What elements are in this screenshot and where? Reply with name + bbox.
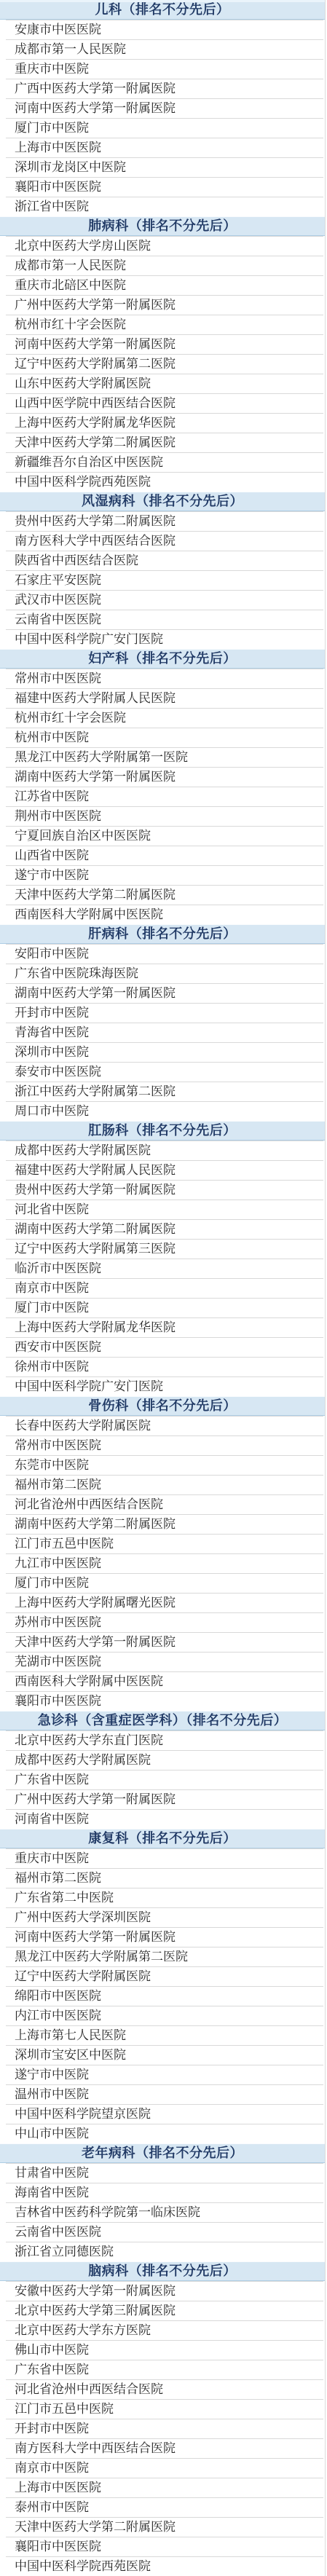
hospital-row: 杭州市红十字会医院 xyxy=(0,315,325,334)
hospital-row: 长春中医药大学附属医院 xyxy=(0,1416,325,1435)
hospital-row: 福州市第二医院 xyxy=(0,1475,325,1494)
hospital-row: 上海中医药大学附属龙华医院 xyxy=(0,1317,325,1337)
section-header: 肝病科（排名不分先后） xyxy=(0,924,325,944)
hospital-row: 襄阳市中医医院 xyxy=(0,1691,325,1711)
hospital-row: 山西中医学院中西医结合医院 xyxy=(0,393,325,413)
hospital-row: 上海市第七人民医院 xyxy=(0,2025,325,2045)
hospital-row: 山东中医药大学附属医院 xyxy=(0,374,325,393)
hospital-row: 湖南中医药大学第一附属医院 xyxy=(0,983,325,1003)
hospital-row: 周口市中医院 xyxy=(0,1101,325,1121)
hospital-row: 上海市中医医院 xyxy=(0,2478,325,2497)
hospital-row: 重庆市中医院 xyxy=(0,1848,325,1868)
hospital-row: 广州中医药大学深圳医院 xyxy=(0,1907,325,1927)
hospital-row: 厦门市中医院 xyxy=(0,118,325,138)
hospital-row: 陕西省中西医结合医院 xyxy=(0,551,325,570)
section-header: 妇产科（排名不分先后） xyxy=(0,649,325,669)
hospital-row: 南方医科大学中西医结合医院 xyxy=(0,531,325,551)
hospital-row: 上海中医药大学附属龙华医院 xyxy=(0,413,325,433)
hospital-row: 常州市中医医院 xyxy=(0,669,325,688)
hospital-row: 上海中医药大学附属曙光医院 xyxy=(0,1593,325,1612)
hospital-row: 河南中医药大学第一附属医院 xyxy=(0,98,325,118)
hospital-row: 东莞市中医院 xyxy=(0,1455,325,1475)
hospital-row: 常州市中医医院 xyxy=(0,1435,325,1455)
section-header: 肛肠科（排名不分先后） xyxy=(0,1121,325,1141)
hospital-row: 宁夏回族自治区中医医院 xyxy=(0,826,325,846)
hospital-row: 山西省中医院 xyxy=(0,846,325,865)
hospital-row: 北京中医药大学东直门医院 xyxy=(0,1730,325,1750)
section-header: 风湿病科（排名不分先后） xyxy=(0,492,325,511)
hospital-row: 内江市中医医院 xyxy=(0,2006,325,2025)
hospital-row: 温州市中医院 xyxy=(0,2084,325,2104)
hospital-row: 广东省中医院 xyxy=(0,1770,325,1789)
hospital-row: 吉林省中医药科学院第一临床医院 xyxy=(0,2202,325,2222)
hospital-row: 江门市五邑中医院 xyxy=(0,1534,325,1553)
hospital-row: 青海省中医院 xyxy=(0,1023,325,1042)
hospital-row: 西南医科大学附属中医医院 xyxy=(0,905,325,924)
hospital-row: 广东省第二中医院 xyxy=(0,1888,325,1907)
hospital-row: 河北省沧州中西医结合医院 xyxy=(0,2379,325,2399)
hospital-row: 黑龙江中医药大学附属第一医院 xyxy=(0,747,325,767)
hospital-row: 中山市中医院 xyxy=(0,2124,325,2143)
hospital-row: 九江市中医医院 xyxy=(0,1553,325,1573)
hospital-row: 石家庄平安医院 xyxy=(0,570,325,590)
hospital-row: 湖南中医药大学第二附属医院 xyxy=(0,1219,325,1239)
hospital-row: 河南中医药大学第一附属医院 xyxy=(0,334,325,354)
hospital-row: 辽宁中医药大学附属第三医院 xyxy=(0,1239,325,1259)
hospital-row: 天津中医药大学第一附属医院 xyxy=(0,1632,325,1652)
section-header: 急诊科（含重症医学科）（排名不分先后） xyxy=(0,1711,325,1730)
section-header: 老年病科（排名不分先后） xyxy=(0,2143,325,2163)
section-header: 康复科（排名不分先后） xyxy=(0,1829,325,1848)
hospital-row: 开封市中医院 xyxy=(0,1003,325,1023)
hospital-row: 福建中医药大学附属人民医院 xyxy=(0,688,325,708)
hospital-row: 徐州市中医院 xyxy=(0,1357,325,1376)
hospital-row: 黑龙江中医药大学附属第二医院 xyxy=(0,1947,325,1966)
hospital-row: 广东省中医院 xyxy=(0,2360,325,2379)
hospital-row: 深圳市宝安区中医院 xyxy=(0,2045,325,2065)
hospital-row: 辽宁中医药大学附属医院 xyxy=(0,1966,325,1986)
hospital-row: 广东省中医院珠海医院 xyxy=(0,964,325,983)
hospital-row: 南京市中医院 xyxy=(0,2458,325,2478)
hospital-row: 浙江中医药大学附属第二医院 xyxy=(0,1082,325,1101)
hospital-row: 江门市五邑中医院 xyxy=(0,2399,325,2419)
hospital-row: 成都市第一人民医院 xyxy=(0,256,325,275)
hospital-row: 襄阳市中医医院 xyxy=(0,177,325,197)
hospital-row: 遂宁市中医院 xyxy=(0,2065,325,2084)
hospital-row: 云南省中医医院 xyxy=(0,610,325,629)
hospital-row: 河北省沧州中西医结合医院 xyxy=(0,1494,325,1514)
hospital-row: 武汉市中医医院 xyxy=(0,590,325,610)
hospital-row: 佛山市中医院 xyxy=(0,2340,325,2360)
hospital-row: 苏州市中医医院 xyxy=(0,1612,325,1632)
hospital-row: 福州市第二医院 xyxy=(0,1868,325,1888)
hospital-row: 杭州市中医院 xyxy=(0,728,325,747)
hospital-row: 成都市第一人民医院 xyxy=(0,39,325,59)
hospital-row: 安阳市中医院 xyxy=(0,944,325,964)
hospital-row: 西南医科大学附属中医医院 xyxy=(0,1671,325,1691)
section-header: 儿科（排名不分先后） xyxy=(0,0,325,20)
hospital-row: 北京中医药大学房山医院 xyxy=(0,236,325,256)
hospital-row: 中国中医科学院广安门医院 xyxy=(0,629,325,649)
hospital-row: 深圳市中医院 xyxy=(0,1042,325,1062)
hospital-row: 安徽中医药大学第一附属医院 xyxy=(0,2281,325,2301)
hospital-row: 泰州市中医院 xyxy=(0,2497,325,2517)
hospital-row: 辽宁中医药大学附属第二医院 xyxy=(0,354,325,374)
hospital-row: 中国中医科学院西苑医院 xyxy=(0,2556,325,2576)
hospital-row: 贵州中医药大学第一附属医院 xyxy=(0,1180,325,1200)
hospital-row: 湖南中医药大学第二附属医院 xyxy=(0,1514,325,1534)
hospital-row: 河北省中医院 xyxy=(0,1200,325,1219)
hospital-row: 南方医科大学中西医结合医院 xyxy=(0,2438,325,2458)
hospital-row: 重庆市中医院 xyxy=(0,59,325,79)
hospital-row: 天津中医药大学第二附属医院 xyxy=(0,433,325,452)
hospital-row: 开封市中医院 xyxy=(0,2419,325,2438)
hospital-row: 泰安市中医医院 xyxy=(0,1062,325,1082)
hospital-row: 中国中医科学院广安门医院 xyxy=(0,1376,325,1396)
hospital-row: 西安市中医医院 xyxy=(0,1337,325,1357)
hospital-row: 海南省中医院 xyxy=(0,2183,325,2202)
hospital-row: 江苏省中医院 xyxy=(0,787,325,806)
hospital-row: 北京中医药大学东方医院 xyxy=(0,2320,325,2340)
hospital-row: 荆州市中医医院 xyxy=(0,806,325,826)
hospital-row: 中国中医科学院西苑医院 xyxy=(0,472,325,492)
hospital-row: 贵州中医药大学第二附属医院 xyxy=(0,511,325,531)
hospital-row: 深圳市龙岗区中医院 xyxy=(0,157,325,177)
hospital-row: 南京市中医院 xyxy=(0,1278,325,1298)
hospital-row: 天津中医药大学第二附属医院 xyxy=(0,2517,325,2537)
hospital-row: 重庆市北碚区中医院 xyxy=(0,275,325,295)
hospital-row: 厦门市中医院 xyxy=(0,1298,325,1317)
hospital-row: 甘肃省中医院 xyxy=(0,2163,325,2183)
hospital-row: 临沂市中医医院 xyxy=(0,1259,325,1278)
hospital-row: 襄阳市中医医院 xyxy=(0,2537,325,2556)
hospital-row: 绵阳市中医医院 xyxy=(0,1986,325,2006)
section-header: 骨伤科（排名不分先后） xyxy=(0,1396,325,1416)
hospital-row: 新疆维吾尔自治区中医医院 xyxy=(0,452,325,472)
hospital-row: 安康市中医医院 xyxy=(0,20,325,39)
hospital-row: 北京中医药大学第三附属医院 xyxy=(0,2301,325,2320)
hospital-row: 杭州市红十字会医院 xyxy=(0,708,325,728)
hospital-row: 上海市中医医院 xyxy=(0,138,325,157)
hospital-row: 厦门市中医院 xyxy=(0,1573,325,1593)
hospital-row: 遂宁市中医院 xyxy=(0,865,325,885)
hospital-row: 河南中医药大学第一附属医院 xyxy=(0,1927,325,1947)
hospital-row: 河南省中医院 xyxy=(0,1809,325,1829)
hospital-row: 成都中医药大学附属医院 xyxy=(0,1141,325,1160)
hospital-row: 广西中医药大学第一附属医院 xyxy=(0,79,325,98)
hospital-ranking-table: 儿科（排名不分先后）安康市中医医院成都市第一人民医院重庆市中医院广西中医药大学第… xyxy=(0,0,326,2576)
hospital-row: 浙江省立同德医院 xyxy=(0,2242,325,2261)
hospital-row: 中国中医科学院望京医院 xyxy=(0,2104,325,2124)
hospital-row: 天津中医药大学第二附属医院 xyxy=(0,885,325,905)
hospital-row: 广州中医药大学第一附属医院 xyxy=(0,1789,325,1809)
hospital-row: 浙江省中医院 xyxy=(0,197,325,216)
hospital-row: 芜湖市中医医院 xyxy=(0,1652,325,1671)
hospital-row: 成都中医药大学附属医院 xyxy=(0,1750,325,1770)
hospital-row: 福建中医药大学附属人民医院 xyxy=(0,1160,325,1180)
hospital-row: 广州中医药大学第一附属医院 xyxy=(0,295,325,315)
section-header: 脑病科（排名不分先后） xyxy=(0,2261,325,2281)
hospital-row: 云南省中医医院 xyxy=(0,2222,325,2242)
section-header: 肺病科（排名不分先后） xyxy=(0,216,325,236)
hospital-row: 湖南中医药大学第一附属医院 xyxy=(0,767,325,787)
